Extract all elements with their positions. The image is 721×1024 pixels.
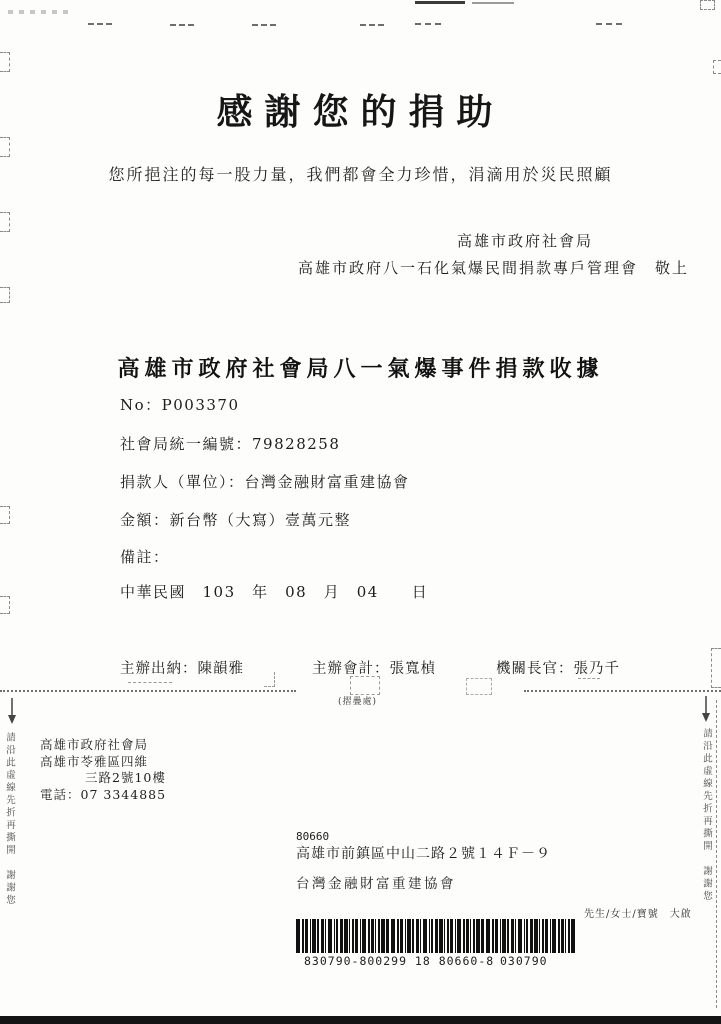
salutation: 先生/女士/寶號 大啟 — [584, 905, 692, 920]
donor-label: 捐款人（單位）： — [120, 473, 245, 491]
thanks-subtitle: 您所挹注的每一股力量，我們都會全力珍惜，涓滴用於災民照顧 — [0, 162, 721, 185]
remarks-row: 備註： — [120, 546, 170, 567]
amount-label: 金額：新台幣（大寫） — [120, 511, 285, 529]
amount-value: 壹萬元整 — [285, 511, 351, 529]
sender-line: 三路2號10樓 — [40, 770, 166, 787]
recipient-address: 高雄市前鎮區中山二路２號１４Ｆ－９ — [296, 843, 551, 863]
scanned-donation-receipt: 感謝您的捐助 您所挹注的每一股力量，我們都會全力珍惜，涓滴用於災民照顧 高雄市政… — [0, 0, 721, 1024]
receipt-title: 高雄市政府社會局八一氣爆事件捐款收據 — [0, 352, 721, 383]
scan-artifact — [0, 506, 10, 524]
agency-head-role: 機關長官： — [496, 661, 574, 677]
receipt-number-value: P003370 — [162, 396, 240, 414]
down-arrow-icon — [7, 698, 17, 724]
tear-line-right — [524, 690, 721, 692]
sender-line: 高雄市苓雅區四維 — [40, 754, 166, 771]
signoff-bureau: 高雄市政府社會局 — [457, 230, 593, 251]
seal-box — [128, 676, 172, 683]
bureau-uniform-id-row: 社會局統一編號：79828258 — [120, 433, 340, 454]
scan-artifact — [596, 20, 622, 25]
agency-head-signer: 機關長官：張乃千 — [496, 657, 620, 678]
barcode-bars — [296, 919, 576, 953]
donor-value: 台灣金融財富重建協會 — [245, 473, 410, 491]
scan-artifact — [170, 21, 194, 26]
scan-artifact — [472, 2, 514, 4]
scan-artifact — [8, 10, 74, 14]
scan-artifact — [700, 0, 715, 10]
scan-artifact — [0, 287, 10, 303]
signoff-committee: 高雄市政府八一石化氣爆民間捐款專戶管理會 敬上 — [298, 257, 689, 278]
accountant-name: 張寬楨 — [390, 661, 437, 677]
down-arrow-icon — [701, 696, 711, 722]
scan-artifact — [711, 648, 721, 688]
scan-artifact — [252, 21, 276, 26]
edge-fold-note-left: 請沿此虛線先折再撕開 謝謝您 — [2, 732, 16, 1002]
roc-date-line: 中華民國 103 年 08 月 04 日 — [120, 581, 428, 602]
seal-box — [466, 678, 492, 695]
barcode-code: 030790 — [500, 954, 548, 968]
scan-artifact — [713, 60, 721, 74]
cashier-role: 主辦出納： — [120, 661, 198, 677]
seal-box — [264, 672, 275, 687]
scan-artifact — [415, 1, 465, 4]
scan-artifact — [360, 21, 384, 26]
seal-box — [578, 672, 600, 679]
seal-box — [350, 676, 380, 695]
scan-artifact — [0, 596, 10, 614]
sender-address-block: 高雄市政府社會局 高雄市苓雅區四維 三路2號10樓 電話：07 3344885 — [40, 737, 166, 803]
scan-artifact — [0, 137, 10, 157]
receipt-number-label: No： — [120, 396, 162, 414]
amount-row: 金額：新台幣（大寫）壹萬元整 — [120, 509, 351, 530]
scan-artifact — [88, 20, 112, 25]
recipient-name: 台灣金融財富重建協會 — [296, 872, 456, 892]
receipt-number-row: No：P003370 — [120, 394, 240, 415]
scan-artifact — [0, 52, 10, 72]
edge-fold-note-right: 請沿此虛線先折再撕開 謝謝您 — [699, 728, 713, 998]
cashier-name: 陳韻雅 — [198, 661, 245, 677]
scan-edge-bar — [0, 1016, 721, 1024]
recipient-zip: 80660 — [296, 830, 329, 843]
scan-artifact — [716, 700, 717, 1008]
scan-artifact — [0, 212, 10, 232]
cashier-signer: 主辦出納：陳韻雅 — [120, 657, 244, 678]
tear-line-left — [0, 690, 296, 692]
accountant-signer: 主辦會計：張寬楨 — [312, 657, 436, 678]
barcode — [296, 919, 576, 957]
scan-artifact — [415, 20, 441, 25]
bureau-uniform-id-value: 79828258 — [252, 435, 340, 453]
sender-phone: 電話：07 3344885 — [40, 787, 166, 804]
donor-row: 捐款人（單位）：台灣金融財富重建協會 — [120, 471, 410, 492]
page-title: 感謝您的捐助 — [0, 84, 721, 135]
barcode-number: 830790-800299 18 80660-8 — [304, 954, 494, 968]
remarks-label: 備註： — [120, 548, 170, 566]
sender-line: 高雄市政府社會局 — [40, 737, 166, 754]
fold-note: (摺疊處) — [338, 694, 377, 707]
bureau-uniform-id-label: 社會局統一編號： — [120, 435, 252, 453]
accountant-role: 主辦會計： — [312, 661, 390, 677]
